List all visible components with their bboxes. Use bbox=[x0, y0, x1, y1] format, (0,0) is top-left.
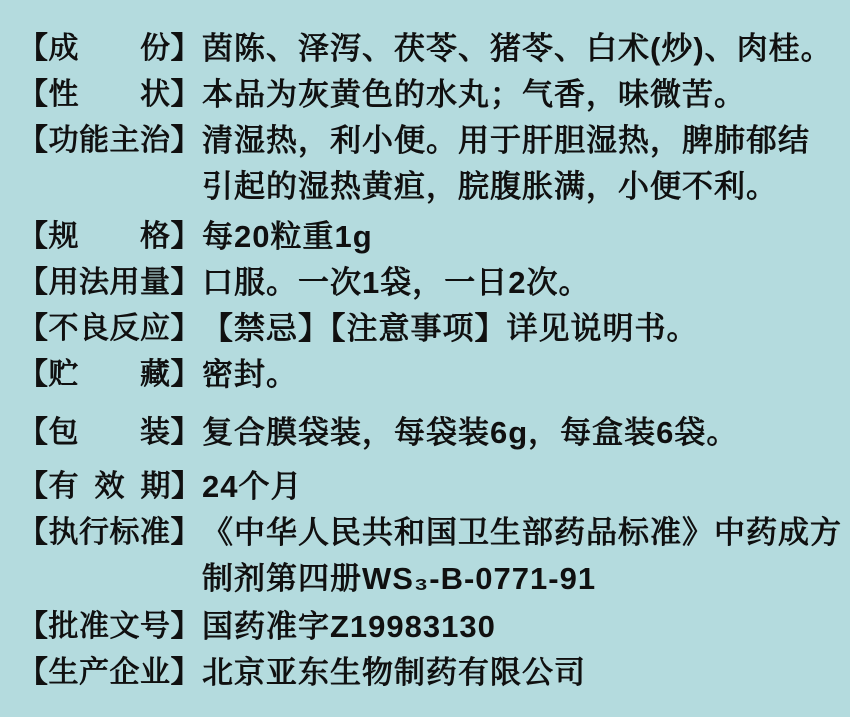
field-row-shelf-life: 【有 效 期】 24个月 bbox=[18, 464, 842, 510]
field-label-adverse-reactions: 【不良反应】 bbox=[18, 306, 202, 352]
field-row-storage: 【贮 藏】 密封。 bbox=[18, 352, 842, 398]
field-value-functions-indications: 清湿热，利小便。用于肝胆湿热，脾肺郁结 引起的湿热黄疸，脘腹胀满，小便不利。 bbox=[202, 118, 842, 210]
field-label-shelf-life: 【有 效 期】 bbox=[18, 464, 202, 510]
field-value-description: 本品为灰黄色的水丸；气香，味微苦。 bbox=[202, 72, 842, 118]
field-value-approval-number: 国药准字Z19983130 bbox=[202, 604, 842, 650]
field-row-functions-indications: 【功能主治】 清湿热，利小便。用于肝胆湿热，脾肺郁结 引起的湿热黄疸，脘腹胀满，… bbox=[18, 118, 842, 210]
field-label-description: 【性 状】 bbox=[18, 72, 202, 118]
field-label-executive-standard: 【执行标准】 bbox=[18, 510, 202, 556]
field-value-adverse-reactions: 【禁忌】【注意事项】详见说明书。 bbox=[202, 306, 842, 352]
drug-label-panel: 【成 份】 茵陈、泽泻、茯苓、猪苓、白术(炒)、肉桂。 【性 状】 本品为灰黄色… bbox=[0, 0, 850, 717]
field-row-packaging: 【包 装】 复合膜袋装，每袋装6g，每盒装6袋。 bbox=[18, 410, 842, 456]
field-value-storage: 密封。 bbox=[202, 352, 842, 398]
field-value-specification: 每20粒重1g bbox=[202, 214, 842, 260]
field-row-description: 【性 状】 本品为灰黄色的水丸；气香，味微苦。 bbox=[18, 72, 842, 118]
field-value-composition: 茵陈、泽泻、茯苓、猪苓、白术(炒)、肉桂。 bbox=[202, 26, 842, 72]
field-value-shelf-life: 24个月 bbox=[202, 464, 842, 510]
field-value-packaging: 复合膜袋装，每袋装6g，每盒装6袋。 bbox=[202, 410, 842, 456]
field-row-dosage-administration: 【用法用量】 口服。一次1袋，一日2次。 bbox=[18, 260, 842, 306]
field-label-dosage-administration: 【用法用量】 bbox=[18, 260, 202, 306]
field-label-functions-indications: 【功能主治】 bbox=[18, 118, 202, 164]
field-label-storage: 【贮 藏】 bbox=[18, 352, 202, 398]
field-row-executive-standard: 【执行标准】 《中华人民共和国卫生部药品标准》中药成方 制剂第四册WS₃-B-0… bbox=[18, 510, 842, 602]
field-label-manufacturer: 【生产企业】 bbox=[18, 650, 202, 696]
field-label-composition: 【成 份】 bbox=[18, 26, 202, 72]
field-row-specification: 【规 格】 每20粒重1g bbox=[18, 214, 842, 260]
field-row-manufacturer: 【生产企业】 北京亚东生物制药有限公司 bbox=[18, 650, 842, 696]
field-value-executive-standard: 《中华人民共和国卫生部药品标准》中药成方 制剂第四册WS₃-B-0771-91 bbox=[202, 510, 842, 602]
field-row-composition: 【成 份】 茵陈、泽泻、茯苓、猪苓、白术(炒)、肉桂。 bbox=[18, 26, 842, 72]
field-value-dosage-administration: 口服。一次1袋，一日2次。 bbox=[202, 260, 842, 306]
field-row-approval-number: 【批准文号】 国药准字Z19983130 bbox=[18, 604, 842, 650]
field-label-specification: 【规 格】 bbox=[18, 214, 202, 260]
field-row-adverse-reactions: 【不良反应】 【禁忌】【注意事项】详见说明书。 bbox=[18, 306, 842, 352]
field-value-manufacturer: 北京亚东生物制药有限公司 bbox=[202, 650, 842, 696]
field-label-packaging: 【包 装】 bbox=[18, 410, 202, 456]
field-label-approval-number: 【批准文号】 bbox=[18, 604, 202, 650]
